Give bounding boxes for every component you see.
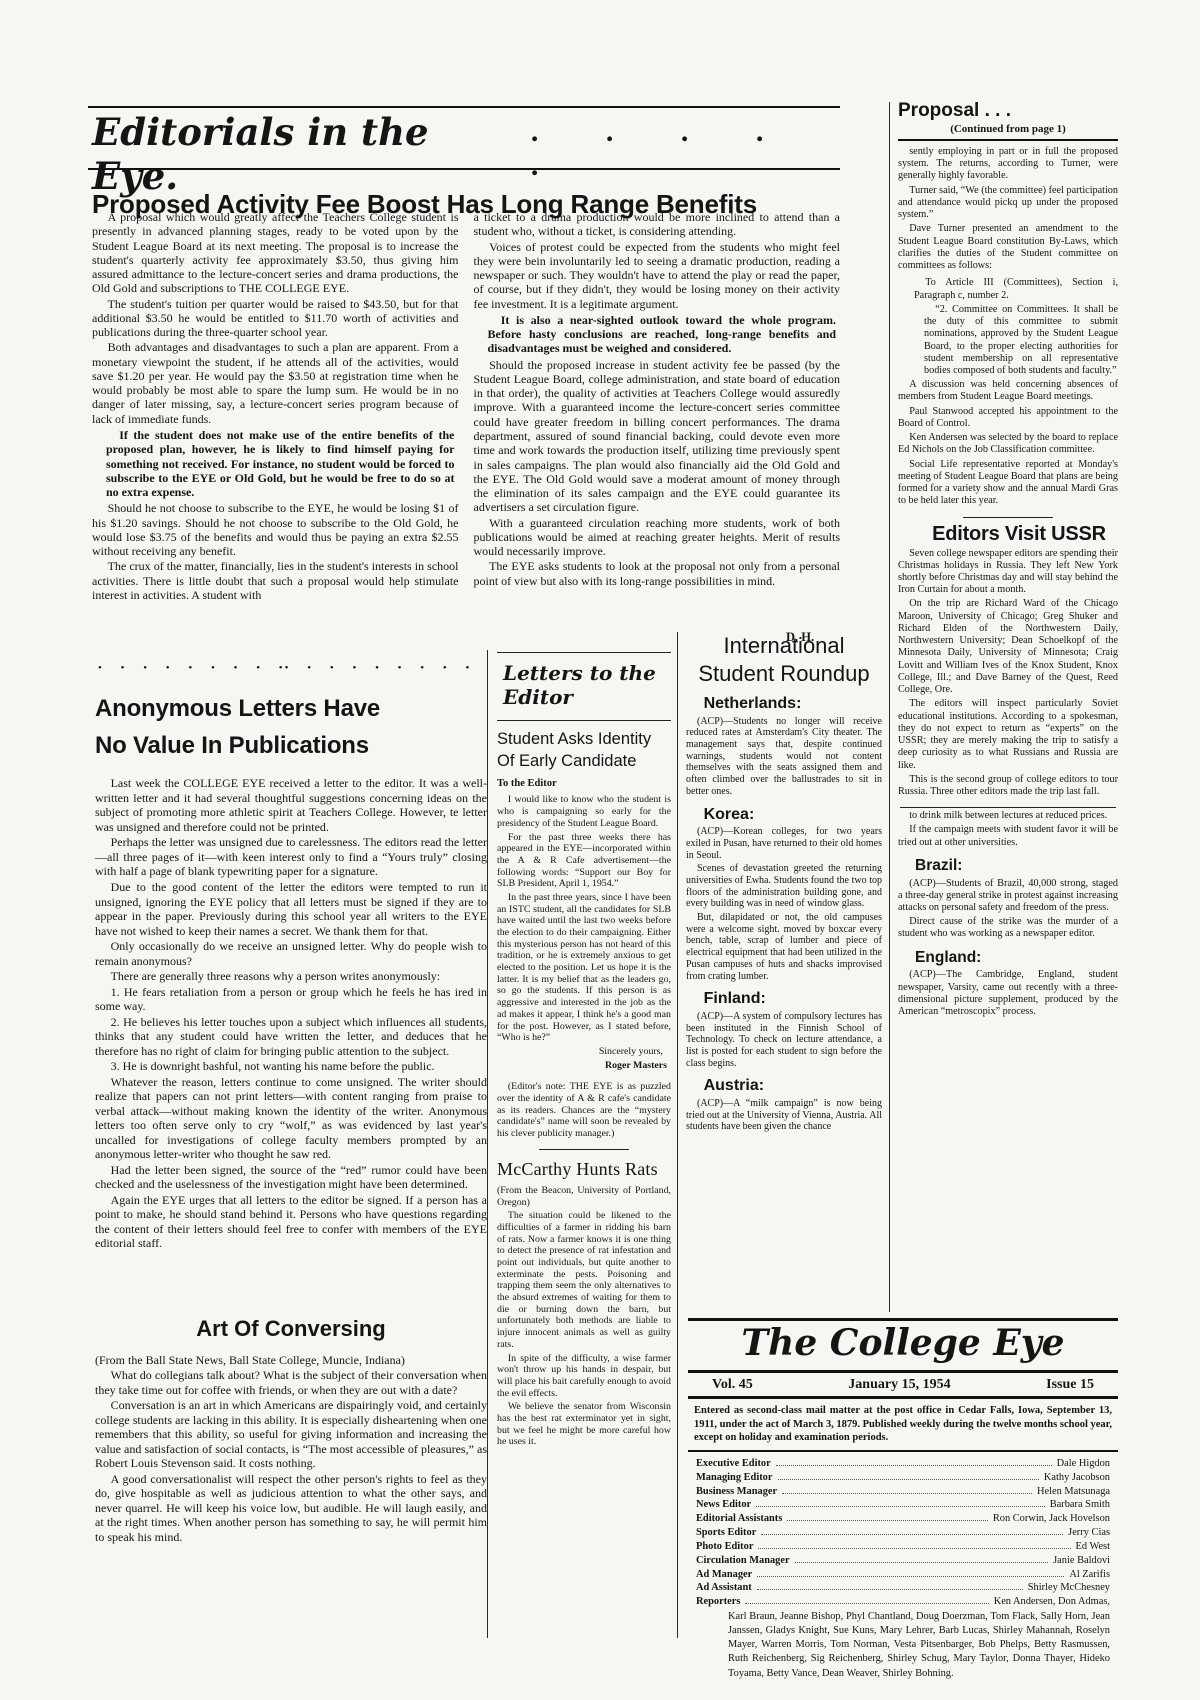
paragraph: (ACP)—Korean colleges, for two years exi… [686, 826, 882, 861]
paragraph: (ACP)—The Cambridge, England, student ne… [898, 969, 1118, 1018]
staff-name: Ken Andersen, Don Admas, [994, 1595, 1110, 1609]
rule [497, 720, 671, 721]
paragraph: With a guaranteed circulation reaching m… [474, 516, 841, 559]
staff-name: Janie Baldovi [1053, 1554, 1110, 1568]
staff-row: Editorial Assistants Ron Corwin, Jack Ho… [696, 1512, 1110, 1526]
dotted-leader [745, 1603, 988, 1604]
column-rule [889, 102, 890, 1312]
paragraph: The crux of the matter, financially, lie… [92, 559, 459, 602]
dotted-separator: • • • • • • • • •• • • • • • • • • [98, 662, 490, 674]
staff-row: Ad Assistant Shirley McChesney [696, 1581, 1110, 1595]
dotted-leader [776, 1465, 1052, 1466]
staff-row: Photo Editor Ed West [696, 1540, 1110, 1554]
dotted-leader [761, 1534, 1063, 1535]
letter-signoff: Sincerely yours, [497, 1046, 671, 1058]
anonymous-letters-body: Last week the COLLEGE EYE received a let… [95, 776, 487, 1251]
dotted-leader [757, 1576, 1064, 1577]
paragraph: (ACP)—A “milk campaign” is now being tri… [686, 1098, 882, 1133]
staff-row: Ad Manager Al Zarifis [696, 1568, 1110, 1582]
mccarthy-title: McCarthy Hunts Rats [497, 1159, 671, 1180]
paragraph: Should the proposed increase in student … [474, 358, 841, 515]
title-line-1: Anonymous Letters Have [95, 695, 380, 722]
paragraph: Austria: [686, 1077, 882, 1096]
staff-name: Al Zarifis [1069, 1568, 1110, 1582]
staff-name: Barbara Smith [1050, 1498, 1110, 1512]
rule [497, 652, 671, 653]
paragraph: Both advantages and disadvantages to suc… [92, 340, 459, 426]
paragraph: Scenes of devastation greeted the return… [686, 863, 882, 910]
paragraph: Should he not choose to subscribe to the… [92, 501, 459, 558]
paragraph: Turner said, “We (the committee) feel pa… [898, 185, 1118, 222]
paragraph: Editors Visit USSR [898, 522, 1118, 546]
issue-date: January 15, 1954 [848, 1377, 950, 1393]
paragraph [963, 517, 1053, 518]
paragraph: In the past three years, since I have be… [497, 892, 671, 1044]
staff-name: Kathy Jacobson [1044, 1471, 1110, 1485]
paragraph: a ticket to a drama production would be … [474, 210, 841, 239]
paragraph: Last week the COLLEGE EYE received a let… [95, 776, 487, 834]
letter-signature: Roger Masters [497, 1060, 671, 1072]
paragraph: A good conversationalist will respect th… [95, 1472, 487, 1545]
volume-number: Vol. 45 [712, 1377, 753, 1393]
proposal-continued-title: Proposal . . . [898, 100, 1118, 123]
paragraph: 1. He fears retaliation from a person or… [95, 985, 487, 1014]
masthead-dots: . . . . . [531, 115, 840, 183]
dotted-leader [756, 1506, 1045, 1507]
continued-from-note: (Continued from page 1) [898, 123, 1118, 136]
staff-role: Business Manager [696, 1485, 777, 1499]
paragraph: Dave Turner presented an amendment to th… [898, 223, 1118, 272]
dotted-leader [787, 1520, 987, 1521]
paragraph: Perhaps the letter was unsigned due to c… [95, 835, 487, 879]
staff-role: Reporters [696, 1595, 740, 1609]
paragraph: Voices of protest could be expected from… [474, 240, 841, 311]
column-rule [677, 632, 678, 1638]
editors-note: (Editor's note: THE EYE is as puzzled ov… [497, 1081, 671, 1139]
paragraph: The situation could be likened to the di… [497, 1210, 671, 1350]
art-of-conversing-article: Art Of Conversing (From the Ball State N… [95, 1316, 487, 1545]
paragraph: The student's tuition per quarter would … [92, 297, 459, 340]
mccarthy-source: (From the Beacon, University of Portland… [497, 1185, 671, 1208]
headline-line-1: Student Asks Identity [497, 730, 651, 748]
letter-salutation: To the Editor [497, 778, 671, 790]
headline-line-2: Of Early Candidate [497, 752, 636, 770]
paragraph: “2. Committee on Committees. It shall be… [898, 304, 1118, 377]
paragraph: What do collegians talk about? What is t… [95, 1368, 487, 1397]
letter-body: I would like to know who the student is … [497, 794, 671, 1043]
newspaper-editorial-page: Editorials in the Eye. . . . . . Propose… [0, 0, 1200, 1700]
art-of-conversing-body: (From the Ball State News, Ball State Co… [95, 1353, 487, 1545]
staff-row: Reporters Ken Andersen, Don Admas, [696, 1595, 1110, 1609]
staff-name: Helen Matsunaga [1037, 1485, 1110, 1499]
paragraph: On the trip are Richard Ward of the Chic… [898, 598, 1118, 696]
staff-row: Circulation Manager Janie Baldovi [696, 1554, 1110, 1568]
paragraph: sently employing in part or in full the … [898, 146, 1118, 183]
art-of-conversing-title: Art Of Conversing [95, 1316, 487, 1343]
paragraph: There are generally three reasons why a … [95, 969, 487, 984]
rule [539, 1149, 629, 1150]
staff-row: Business Manager Helen Matsunaga [696, 1485, 1110, 1499]
paragraph: Whatever the reason, letters continue to… [95, 1075, 487, 1162]
anonymous-letters-article: Anonymous Letters Have No Value In Publi… [95, 690, 487, 1252]
staff-role: Editorial Assistants [696, 1512, 782, 1526]
paragraph: to drink milk between lectures at reduce… [898, 810, 1118, 822]
roundup-body: Netherlands:(ACP)—Students no longer wil… [686, 695, 882, 1133]
paragraph: The editors will inspect particularly So… [898, 698, 1118, 771]
roundup-column: International Student Roundup Netherland… [686, 632, 882, 1314]
paragraph: Again the EYE urges that all letters to … [95, 1193, 487, 1251]
paragraph: (ACP)—A system of compulsory lectures ha… [686, 1011, 882, 1069]
anonymous-letters-title: Anonymous Letters Have No Value In Publi… [95, 690, 487, 764]
paragraph: Seven college newspaper editors are spen… [898, 548, 1118, 597]
paragraph: Social Life representative reported at M… [898, 459, 1118, 508]
dotted-leader [795, 1562, 1049, 1563]
dotted-leader [758, 1548, 1070, 1549]
dotted-leader [757, 1589, 1023, 1590]
letters-script-title: Letters to the Editor [497, 655, 671, 718]
paragraph: Only occasionally do we receive an unsig… [95, 939, 487, 968]
staff-row: News Editor Barbara Smith [696, 1498, 1110, 1512]
editorials-script-title: Editorials in the Eye. [88, 110, 491, 198]
roundup-title-line-2: Student Roundup [698, 661, 869, 686]
staff-row: Executive Editor Dale Higdon [696, 1457, 1110, 1471]
lead-editorial-body: A proposal which would greatly affect th… [92, 210, 840, 656]
paragraph: Due to the good content of the letter th… [95, 880, 487, 938]
paragraph: Paul Stanwood accepted his appointment t… [898, 406, 1118, 430]
paragraph: This is the second group of college edit… [898, 774, 1118, 798]
paragraph: Netherlands: [686, 695, 882, 714]
paragraph: Conversation is an art in which American… [95, 1398, 487, 1471]
title-line-2: No Value In Publications [95, 732, 369, 759]
paragraph: The EYE asks students to look at the pro… [474, 559, 841, 588]
paragraph: 3. He is downright bashful, not wanting … [95, 1059, 487, 1074]
issue-number: Issue 15 [1046, 1377, 1094, 1393]
paragraph: England: [898, 949, 1118, 968]
rule [898, 139, 1118, 141]
paragraph: (ACP)—Students no longer will receive re… [686, 716, 882, 798]
editorial-column-2: a ticket to a drama production would be … [474, 210, 841, 656]
mccarthy-body: The situation could be likened to the di… [497, 1210, 671, 1448]
column-rule [487, 650, 488, 1638]
paragraph: Finland: [686, 990, 882, 1009]
paragraph: Korea: [686, 806, 882, 825]
staff-role: Circulation Manager [696, 1554, 790, 1568]
paragraph: Ken Andersen was selected by the board t… [898, 432, 1118, 456]
paragraph: Direct cause of the strike was the murde… [898, 916, 1118, 940]
staff-role: News Editor [696, 1498, 751, 1512]
dotted-leader [782, 1493, 1032, 1494]
letter-headline: Student Asks Identity Of Early Candidate [497, 729, 671, 772]
editorial-column-1: A proposal which would greatly affect th… [92, 210, 459, 656]
staff-role: Ad Assistant [696, 1581, 752, 1595]
paragraph [900, 807, 1116, 808]
roundup-title-line-1: International [723, 633, 844, 658]
right-column-body: sently employing in part or in full the … [898, 146, 1118, 1018]
staff-name: Ron Corwin, Jack Hovelson [993, 1512, 1110, 1526]
paragraph: (From the Ball State News, Ball State Co… [95, 1353, 487, 1368]
paragraph: For the past three weeks there has appea… [497, 832, 671, 890]
staff-role: Ad Manager [696, 1568, 752, 1582]
staff-role: Photo Editor [696, 1540, 753, 1554]
staff-row: Managing Editor Kathy Jacobson [696, 1471, 1110, 1485]
paragraph: I would like to know who the student is … [497, 794, 671, 829]
staff-name: Shirley McChesney [1028, 1581, 1110, 1595]
editorials-masthead: Editorials in the Eye. . . . . . [88, 106, 840, 170]
second-class-notice: Entered as second-class mail matter at t… [688, 1399, 1118, 1450]
paragraph: To Article III (Committees), Section i, … [898, 277, 1118, 301]
staff-list: Executive Editor Dale Higdon Managing Ed… [688, 1452, 1118, 1609]
volume-row: Vol. 45 January 15, 1954 Issue 15 [688, 1373, 1118, 1396]
right-column: Proposal . . . (Continued from page 1) s… [898, 100, 1118, 1312]
staff-name: Ed West [1076, 1540, 1110, 1554]
paragraph: It is also a near-sighted outlook toward… [474, 312, 841, 357]
staff-name: Jerry Cias [1068, 1526, 1110, 1540]
staff-role: Sports Editor [696, 1526, 756, 1540]
staff-role: Managing Editor [696, 1471, 773, 1485]
roundup-title: International Student Roundup [686, 632, 882, 687]
paragraph: But, dilapidated or not, the old campuse… [686, 912, 882, 982]
dotted-leader [778, 1479, 1039, 1480]
paragraph: If the student does not make use of the … [92, 427, 459, 500]
paragraph: We believe the senator from Wisconsin ha… [497, 1401, 671, 1448]
paragraph: Had the letter been signed, the source o… [95, 1163, 487, 1192]
paragraph: Brazil: [898, 857, 1118, 876]
reporters-continued: Karl Braun, Jeanne Bishop, Phyl Chantlan… [688, 1609, 1118, 1681]
paragraph: 2. He believes his letter touches upon a… [95, 1015, 487, 1059]
staff-name: Dale Higdon [1057, 1457, 1110, 1471]
letters-column: Letters to the Editor Student Asks Ident… [497, 650, 671, 1642]
college-eye-script-title: The College Eye [688, 1321, 1118, 1370]
paragraph: A proposal which would greatly affect th… [92, 210, 459, 296]
paragraph: In spite of the difficulty, a wise farme… [497, 1353, 671, 1400]
college-eye-flag-box: The College Eye Vol. 45 January 15, 1954… [688, 1318, 1118, 1681]
staff-row: Sports Editor Jerry Cias [696, 1526, 1110, 1540]
paragraph: A discussion was held concerning absence… [898, 379, 1118, 403]
paragraph: (ACP)—Students of Brazil, 40,000 strong,… [898, 878, 1118, 915]
staff-role: Executive Editor [696, 1457, 771, 1471]
paragraph: If the campaign meets with student favor… [898, 824, 1118, 848]
